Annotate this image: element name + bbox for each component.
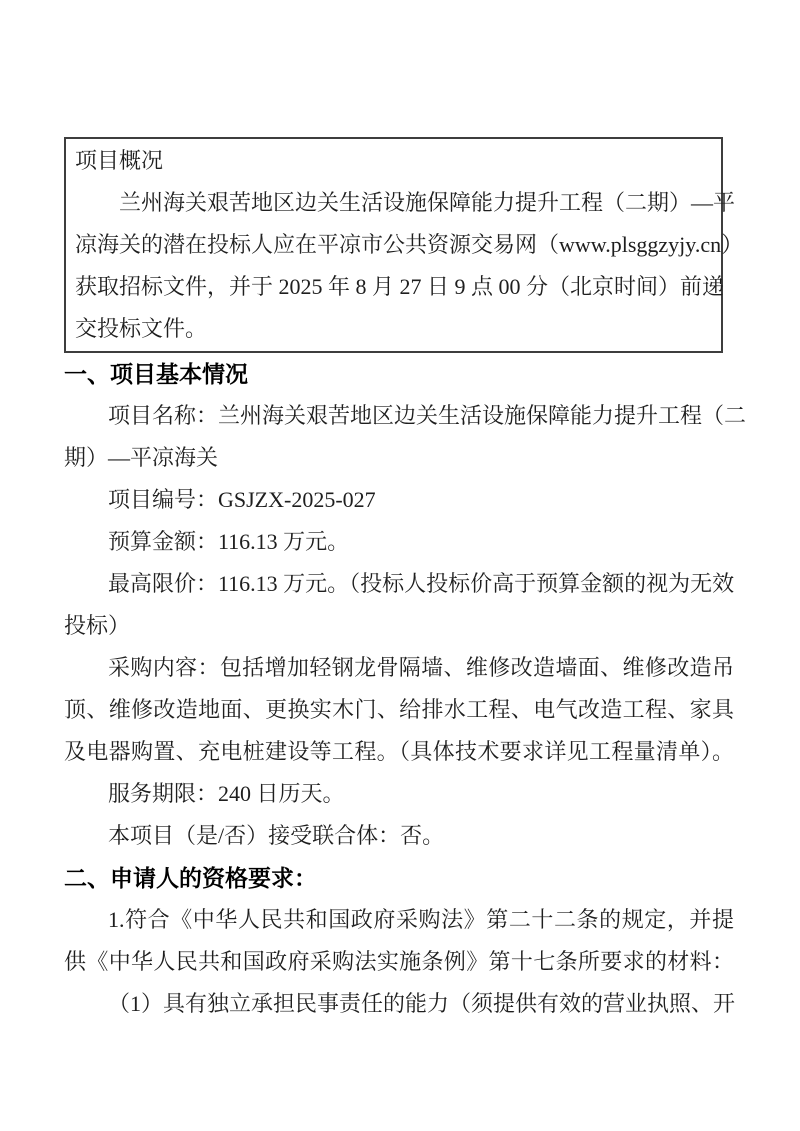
text-line: 及电器购置、充电桩建设等工程。（具体技术要求详见工程量清单）。 [64,731,734,773]
section-1-body: 项目名称：兰州海关艰苦地区边关生活设施保障能力提升工程（二期）—平凉海关项目编号… [64,395,734,857]
text-line: 兰州海关艰苦地区边关生活设施保障能力提升工程（二期）—平 [75,182,721,224]
section-2-body: 1.符合《中华人民共和国政府采购法》第二十二条的规定，并提供《中华人民共和国政府… [64,899,734,1025]
project-overview-box: 项目概况兰州海关艰苦地区边关生活设施保障能力提升工程（二期）—平凉海关的潜在投标… [64,137,723,353]
text-line: 获取招标文件，并于 2025 年 8 月 27 日 9 点 00 分（北京时间）… [75,266,721,308]
text-line: 交投标文件。 [75,308,721,350]
text-line: 供《中华人民共和国政府采购法实施条例》第十七条所要求的材料： [64,941,734,983]
text-line: 服务期限：240 日历天。 [64,773,734,815]
project-overview-lines: 项目概况兰州海关艰苦地区边关生活设施保障能力提升工程（二期）—平凉海关的潜在投标… [75,140,721,350]
text-line: 投标） [64,605,734,647]
text-line: 预算金额：116.13 万元。 [64,521,734,563]
text-line: 项目名称：兰州海关艰苦地区边关生活设施保障能力提升工程（二 [64,395,734,437]
section-1-heading: 一、项目基本情况 [64,353,734,395]
text-line: 项目概况 [75,140,721,182]
text-line: 顶、维修改造地面、更换实木门、给排水工程、电气改造工程、家具 [64,689,734,731]
text-line: 项目编号：GSJZX-2025-027 [64,479,734,521]
document-page: 项目概况兰州海关艰苦地区边关生活设施保障能力提升工程（二期）—平凉海关的潜在投标… [0,0,800,1131]
text-line: 1.符合《中华人民共和国政府采购法》第二十二条的规定，并提 [64,899,734,941]
text-line: 采购内容：包括增加轻钢龙骨隔墙、维修改造墙面、维修改造吊 [64,647,734,689]
text-line: 本项目（是/否）接受联合体：否。 [64,815,734,857]
text-line: 最高限价：116.13 万元。（投标人投标价高于预算金额的视为无效 [64,563,734,605]
text-line: 凉海关的潜在投标人应在平凉市公共资源交易网（www.plsggzyjy.cn） [75,224,721,266]
section-2-heading: 二、申请人的资格要求： [64,857,734,899]
text-line: 期）—平凉海关 [64,437,734,479]
text-line: （1）具有独立承担民事责任的能力（须提供有效的营业执照、开 [64,983,734,1025]
